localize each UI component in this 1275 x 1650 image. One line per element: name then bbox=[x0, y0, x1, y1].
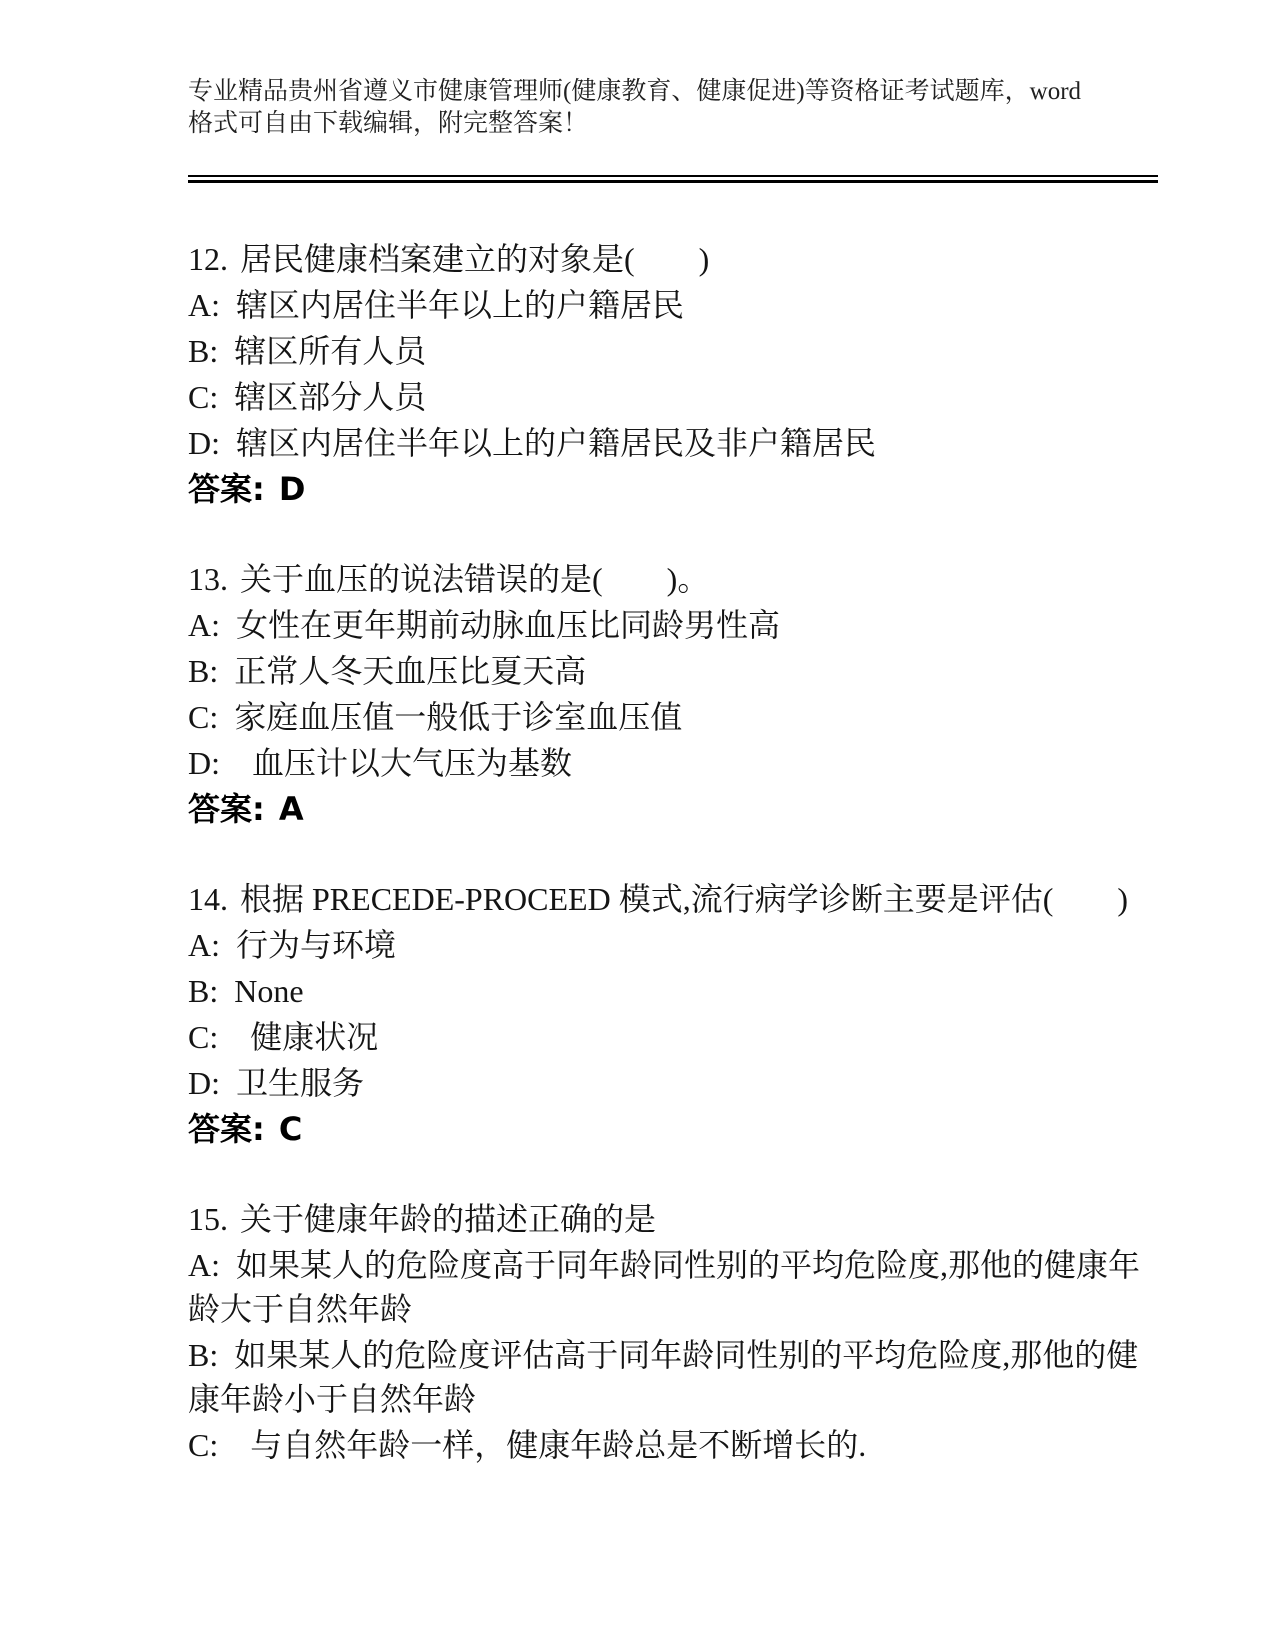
question-number: 12. bbox=[188, 241, 228, 277]
option-text: 辖区内居住半年以上的户籍居民 bbox=[236, 287, 684, 323]
option-b: B:None bbox=[188, 969, 1158, 1013]
answer-line: 答案:A bbox=[188, 787, 1158, 831]
question-block-13: 13.关于血压的说法错误的是( )。 A:女性在更年期前动脉血压比同龄男性高 B… bbox=[188, 557, 1158, 831]
question-stem-text: 关于血压的说法错误的是( )。 bbox=[240, 561, 709, 597]
option-text: 行为与环境 bbox=[236, 927, 396, 963]
option-label: C: bbox=[188, 379, 218, 415]
option-label: A: bbox=[188, 927, 220, 963]
question-stem: 13.关于血压的说法错误的是( )。 bbox=[188, 557, 1158, 601]
option-d: D:卫生服务 bbox=[188, 1061, 1158, 1105]
option-text: 卫生服务 bbox=[236, 1065, 364, 1101]
header-divider bbox=[188, 175, 1158, 183]
option-b: B:正常人冬天血压比夏天高 bbox=[188, 649, 1158, 693]
questions-area: 12.居民健康档案建立的对象是( ) A:辖区内居住半年以上的户籍居民 B:辖区… bbox=[188, 183, 1158, 1467]
option-c: C:辖区部分人员 bbox=[188, 375, 1158, 419]
option-a: A:行为与环境 bbox=[188, 923, 1158, 967]
question-stem: 12.居民健康档案建立的对象是( ) bbox=[188, 237, 1158, 281]
option-label: A: bbox=[188, 1247, 220, 1283]
answer-value: A bbox=[279, 790, 304, 828]
option-text: 辖区部分人员 bbox=[234, 379, 426, 415]
question-stem-text: 居民健康档案建立的对象是( ) bbox=[240, 241, 709, 277]
question-number: 13. bbox=[188, 561, 228, 597]
option-c: C: 健康状况 bbox=[188, 1015, 1158, 1059]
option-label: C: bbox=[188, 1427, 218, 1463]
answer-label: 答案: bbox=[188, 790, 265, 828]
document-page: 专业精品贵州省遵义市健康管理师(健康教育、健康促进)等资格证考试题库，word … bbox=[0, 0, 1275, 1650]
option-label: C: bbox=[188, 1019, 218, 1055]
question-number: 15. bbox=[188, 1201, 228, 1237]
answer-label: 答案: bbox=[188, 1110, 265, 1148]
header-line-1: 专业精品贵州省遵义市健康管理师(健康教育、健康促进)等资格证考试题库，word bbox=[188, 76, 1158, 108]
question-stem: 14.根据 PRECEDE-PROCEED 模式,流行病学诊断主要是评估( ) bbox=[188, 877, 1158, 921]
option-text: 健康状况 bbox=[234, 1019, 378, 1055]
answer-label: 答案: bbox=[188, 470, 265, 508]
option-label: A: bbox=[188, 607, 220, 643]
question-block-14: 14.根据 PRECEDE-PROCEED 模式,流行病学诊断主要是评估( ) … bbox=[188, 877, 1158, 1151]
option-text: 如果某人的危险度评估高于同年龄同性别的平均危险度,那他的健康年龄小于自然年龄 bbox=[188, 1337, 1138, 1417]
answer-value: C bbox=[279, 1110, 302, 1148]
option-text: 正常人冬天血压比夏天高 bbox=[234, 653, 586, 689]
option-text: 血压计以大气压为基数 bbox=[236, 745, 572, 781]
document-header: 专业精品贵州省遵义市健康管理师(健康教育、健康促进)等资格证考试题库，word … bbox=[188, 76, 1158, 140]
option-label: D: bbox=[188, 745, 220, 781]
option-label: B: bbox=[188, 1337, 218, 1373]
option-label: B: bbox=[188, 973, 218, 1009]
question-number: 14. bbox=[188, 881, 228, 917]
option-c: C: 与自然年龄一样，健康年龄总是不断增长的. bbox=[188, 1423, 1158, 1467]
option-a: A:女性在更年期前动脉血压比同龄男性高 bbox=[188, 603, 1158, 647]
option-label: C: bbox=[188, 699, 218, 735]
option-c: C:家庭血压值一般低于诊室血压值 bbox=[188, 695, 1158, 739]
option-b: B:辖区所有人员 bbox=[188, 329, 1158, 373]
option-text: None bbox=[234, 973, 303, 1009]
answer-value: D bbox=[279, 470, 306, 508]
option-text: 如果某人的危险度高于同年龄同性别的平均危险度,那他的健康年龄大于自然年龄 bbox=[188, 1247, 1140, 1327]
answer-line: 答案:C bbox=[188, 1107, 1158, 1151]
answer-line: 答案:D bbox=[188, 467, 1158, 511]
option-label: B: bbox=[188, 333, 218, 369]
header-line-2: 格式可自由下载编辑，附完整答案！ bbox=[188, 108, 1158, 140]
question-block-12: 12.居民健康档案建立的对象是( ) A:辖区内居住半年以上的户籍居民 B:辖区… bbox=[188, 237, 1158, 511]
option-label: A: bbox=[188, 287, 220, 323]
option-d: D:辖区内居住半年以上的户籍居民及非户籍居民 bbox=[188, 421, 1158, 465]
option-text: 女性在更年期前动脉血压比同龄男性高 bbox=[236, 607, 780, 643]
option-a: A:辖区内居住半年以上的户籍居民 bbox=[188, 283, 1158, 327]
option-text: 辖区内居住半年以上的户籍居民及非户籍居民 bbox=[236, 425, 876, 461]
question-stem-text: 根据 PRECEDE-PROCEED 模式,流行病学诊断主要是评估( ) bbox=[240, 881, 1128, 917]
question-stem-text: 关于健康年龄的描述正确的是 bbox=[240, 1201, 656, 1237]
option-text: 与自然年龄一样，健康年龄总是不断增长的. bbox=[234, 1427, 866, 1463]
option-label: D: bbox=[188, 1065, 220, 1101]
option-b: B:如果某人的危险度评估高于同年龄同性别的平均危险度,那他的健康年龄小于自然年龄 bbox=[188, 1333, 1158, 1421]
question-block-15: 15.关于健康年龄的描述正确的是 A:如果某人的危险度高于同年龄同性别的平均危险… bbox=[188, 1197, 1158, 1467]
option-label: B: bbox=[188, 653, 218, 689]
option-text: 家庭血压值一般低于诊室血压值 bbox=[234, 699, 682, 735]
option-a: A:如果某人的危险度高于同年龄同性别的平均危险度,那他的健康年龄大于自然年龄 bbox=[188, 1243, 1158, 1331]
option-d: D: 血压计以大气压为基数 bbox=[188, 741, 1158, 785]
question-stem: 15.关于健康年龄的描述正确的是 bbox=[188, 1197, 1158, 1241]
option-text: 辖区所有人员 bbox=[234, 333, 426, 369]
option-label: D: bbox=[188, 425, 220, 461]
